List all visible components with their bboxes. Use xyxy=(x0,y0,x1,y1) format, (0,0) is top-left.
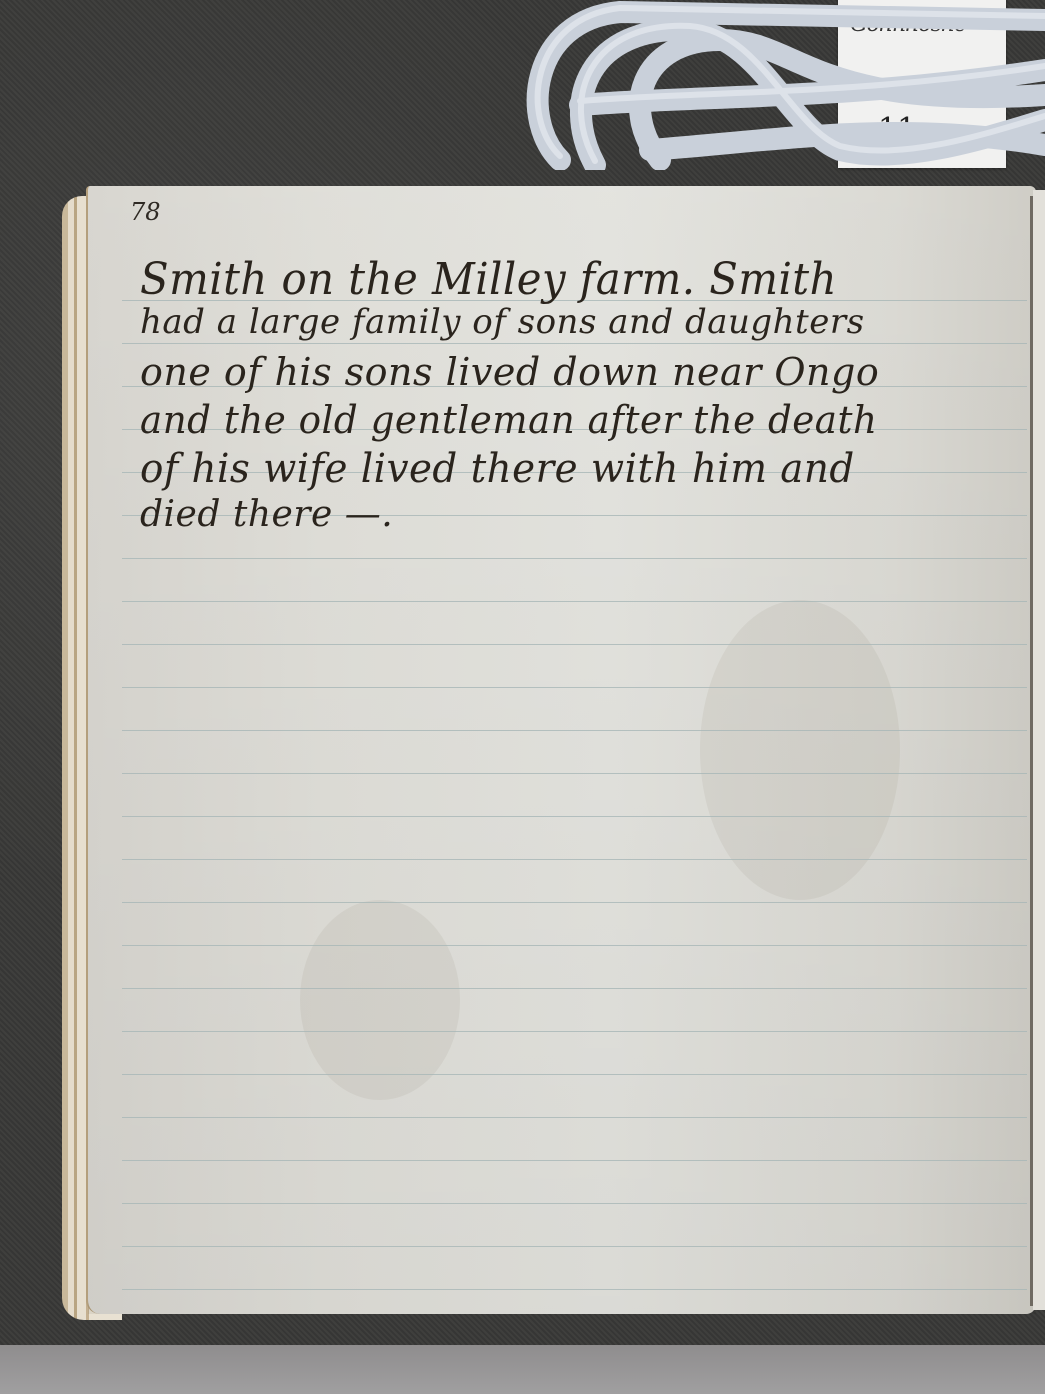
handwritten-line: one of his sons lived down near Ongo xyxy=(140,350,879,394)
rule-line xyxy=(122,1203,1027,1204)
rule-line xyxy=(122,601,1027,602)
rule-line xyxy=(122,945,1027,946)
facing-page-edge xyxy=(1033,190,1045,1310)
rule-line xyxy=(122,859,1027,860)
rule-line xyxy=(122,644,1027,645)
rule-line xyxy=(122,773,1027,774)
handwritten-line: had a large family of sons and daughters xyxy=(140,302,865,342)
rule-line xyxy=(122,1031,1027,1032)
rule-line xyxy=(122,1289,1027,1290)
rule-line xyxy=(122,687,1027,688)
rule-line xyxy=(122,988,1027,989)
rule-line xyxy=(122,902,1027,903)
rule-line xyxy=(122,730,1027,731)
handwritten-line: died there —. xyxy=(140,494,393,535)
binding-gutter xyxy=(1030,196,1033,1306)
rule-line xyxy=(122,343,1027,344)
handwritten-line: and the old gentleman after the death xyxy=(140,398,877,442)
rule-line xyxy=(122,1074,1027,1075)
rule-line xyxy=(122,816,1027,817)
rule-line xyxy=(122,1246,1027,1247)
handwritten-line: Smith on the Milley farm. Smith xyxy=(140,254,837,305)
paper-stain xyxy=(300,900,460,1100)
paper-stain xyxy=(700,600,900,900)
rule-line xyxy=(122,558,1027,559)
table-surface xyxy=(0,1345,1045,1394)
rule-line xyxy=(122,1160,1027,1161)
handwritten-line: of his wife lived there with him and xyxy=(140,446,855,492)
page-number: 78 xyxy=(130,198,161,226)
rule-line xyxy=(122,1117,1027,1118)
rope-icon xyxy=(500,0,1045,170)
